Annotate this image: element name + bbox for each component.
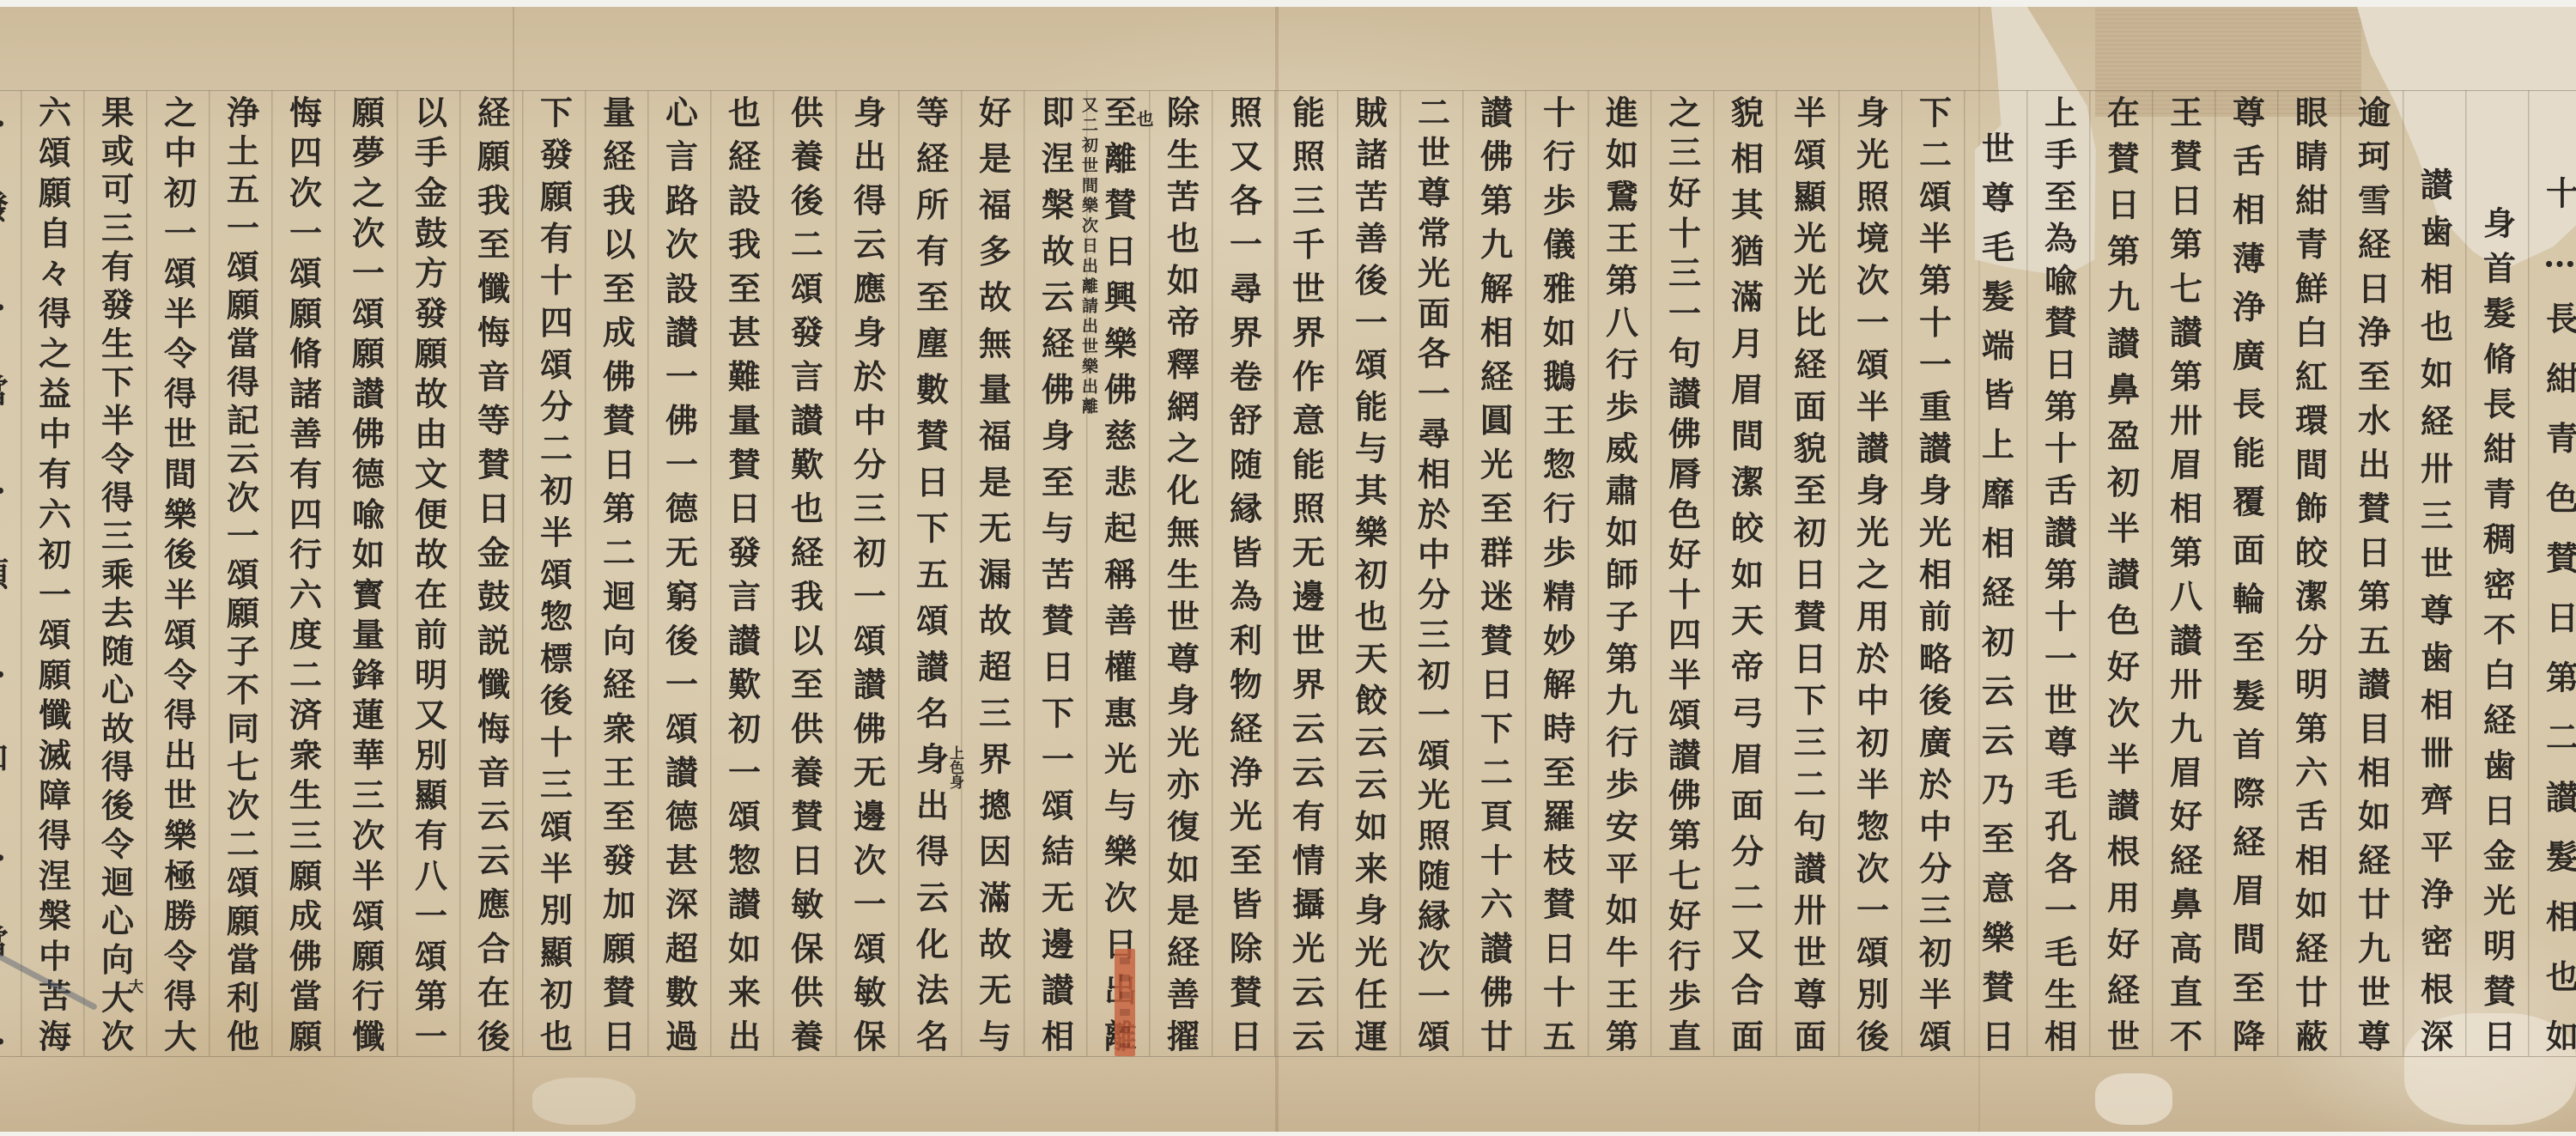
text-column-28: 身出得云應身於中分三初一頌讃佛无邊次一頌敏保 bbox=[836, 90, 899, 1052]
column-text: 身首髮脩長紺青稠密不白経歯日金光明賛日 bbox=[2466, 206, 2529, 1052]
column-text: 身出得云應身於中分三初一頌讃佛无邊次一頌敏保 bbox=[836, 95, 899, 1052]
column-text: 好是福多故無量福是无漏故超三界摠因滿故无与 bbox=[962, 95, 1024, 1052]
column-text: 能照三千世界作意能照无邊世界云云有情攝光云云 bbox=[1275, 95, 1338, 1052]
text-column-11: 下二頌半第十一重讃身光相前略後廣於中分三初半頌 bbox=[1902, 90, 1965, 1052]
text-column-16: 進如鵞王第八行歩威肅如師子第九行歩安平如牛王第 bbox=[1589, 90, 1651, 1052]
column-text: 之中初一頌半令得世間樂後半頌令得出世樂極勝令得大 bbox=[147, 95, 210, 1052]
column-text: 讃歯相也如経卅三世尊歯相卌齊平浄密根深 bbox=[2403, 167, 2466, 1052]
column-text: 以手金鼓方發願故由文便故在前明又別顯有八一頌第一 bbox=[398, 95, 460, 1052]
small-mark-ya: 也 bbox=[1132, 110, 1157, 127]
column-text: 下發願有十四頌分二初半頌惣標後十三頌半別顯初也 bbox=[523, 95, 586, 1052]
column-text: 照又各一尋界卷舒随縁皆為利物経浄光至皆除賛日 bbox=[1212, 95, 1275, 1052]
text-column-22: 照又各一尋界卷舒随縁皆為利物経浄光至皆除賛日 bbox=[1212, 90, 1275, 1052]
column-text: 悔四次一頌願脩諸善有四行六度二済衆生三願成佛當願 bbox=[272, 95, 335, 1052]
column-text: 世尊毛髮端皆上靡相経初云云乃至意樂賛日 bbox=[1965, 131, 2027, 1052]
text-column-19: 二世尊常光面各一尋相於中分三初一頌光照随縁次一頌 bbox=[1400, 90, 1463, 1052]
text-column-21: 能照三千世界作意能照无邊世界云云有情攝光云云 bbox=[1275, 90, 1338, 1052]
text-column-18: 讃佛第九解相経圓光至群迷賛日下二頁十六讃佛廿 bbox=[1463, 90, 1526, 1052]
column-text: 六頌願自々得之益中有六初一頌願懺滅障得涅槃中苦海 bbox=[21, 95, 84, 1052]
red-seal-stamp bbox=[1115, 949, 1135, 1056]
column-text: 逾珂雪経日浄至水出賛日第五讃目相如経廿九世尊 bbox=[2341, 95, 2403, 1052]
text-column-6: 尊舌相薄浄廣長能覆面輪至髮首際経眉間至降 bbox=[2215, 90, 2278, 1052]
column-text: 半頌顯光光比経面貌至初日賛日下三二句讃卅世尊面 bbox=[1777, 95, 1839, 1052]
text-column-3: 讃歯相也如経卅三世尊歯相卌齊平浄密根深 bbox=[2403, 90, 2466, 1052]
text-column-40: 果或可三有發生下半令得三乘去随心故得後令迴心向大次 bbox=[84, 90, 147, 1052]
paper-damage-spot bbox=[532, 1078, 635, 1125]
column-text: 浄土五一頌願當得記云次一頌願子不同七次二頌願當利他 bbox=[210, 95, 272, 1052]
column-text: 下二頌半第十一重讃身光相前略後廣於中分三初半頌 bbox=[1902, 95, 1965, 1052]
column-text: 之三好十三一句讃佛脣色好十四半頌讃佛第七好行歩直 bbox=[1651, 95, 1714, 1052]
column-text: 身光照境次一頌半讃身光之用於中初半惣次一頌別後 bbox=[1839, 95, 1902, 1052]
text-column-37: 悔四次一頌願脩諸善有四行六度二済衆生三願成佛當願 bbox=[272, 90, 335, 1052]
column-text: 量経我以至成佛賛日第二迴向経衆王至發加願賛日 bbox=[586, 95, 648, 1052]
text-column-17: 十行歩儀雅如鵝王惣行歩精妙解時至羅枝賛日十五 bbox=[1526, 90, 1589, 1052]
text-column-30: 也経設我至甚難量賛日發言讃歎初一頌惣讃如来出 bbox=[711, 90, 774, 1052]
text-columns: 十…長紺青色賛日第二讃髮相也如 身首髮脩長紺青稠密不白経歯日金光明賛日 讃歯相也… bbox=[0, 90, 2576, 1056]
column-text: 等経所有至塵數賛日下五頌讃名身出得云化法名 bbox=[899, 95, 962, 1052]
text-column-26: 好是福多故無量福是无漏故超三界摠因滿故无与 bbox=[962, 90, 1024, 1052]
column-text: 経願我至懺悔音等賛日金鼓説懺悔音云云應合在後 bbox=[460, 95, 523, 1052]
text-column-38: 浄土五一頌願當得記云次一頌願子不同七次二頌願當利他 bbox=[210, 90, 272, 1052]
side-note: 上色身 bbox=[946, 745, 963, 789]
column-text: 果或可三有發生下半令得三乘去随心故得後令迴心向大次 bbox=[84, 95, 147, 1052]
text-column-42: …發…當…頂…如…當… bbox=[0, 90, 21, 1052]
text-column-15: 之三好十三一句讃佛脣色好十四半頌讃佛第七好行歩直 bbox=[1651, 90, 1714, 1052]
text-column-14: 貌相其猶滿月眉間潔皎如天帝弓眉面分二又合面 bbox=[1714, 90, 1777, 1052]
column-text: 在賛日第九讃鼻盈初半讃色好次半讃根用好経世 bbox=[2090, 95, 2153, 1052]
text-column-32: 量経我以至成佛賛日第二迴向経衆王至發加願賛日 bbox=[586, 90, 648, 1052]
column-text: 十行歩儀雅如鵝王惣行歩精妙解時至羅枝賛日十五 bbox=[1526, 95, 1589, 1052]
text-column-35: 以手金鼓方發願故由文便故在前明又別顯有八一頌第一 bbox=[398, 90, 460, 1052]
column-text: 上手至為喩賛日第十舌讃第十一世尊毛孔各一毛生相 bbox=[2027, 95, 2090, 1052]
text-column-33: 下發願有十四頌分二初半頌惣標後十三頌半別顯初也 bbox=[523, 90, 586, 1052]
text-column-34: 経願我至懺悔音等賛日金鼓説懺悔音云云應合在後 bbox=[460, 90, 523, 1052]
text-column-20: 賊諸苦善後一頌能与其樂初也天餃云云如来身光任運 bbox=[1338, 90, 1400, 1052]
column-text: 十…長紺青色賛日第二讃髮相也如 bbox=[2529, 176, 2576, 1052]
column-text: 願夢之次一頌願讃佛德喩如寳量鋒蓮華三次半頌願行懺 bbox=[335, 95, 398, 1052]
text-column-12: 身光照境次一頌半讃身光之用於中初半惣次一頌別後 bbox=[1839, 90, 1902, 1052]
text-column-8: 在賛日第九讃鼻盈初半讃色好次半讃根用好経世 bbox=[2090, 90, 2153, 1052]
text-column-7: 王賛日第七讃第卅眉相第八讃卅九眉好経鼻高直不 bbox=[2153, 90, 2215, 1052]
text-column-4: 逾珂雪経日浄至水出賛日第五讃目相如経廿九世尊 bbox=[2341, 90, 2403, 1052]
column-text: 眼睛紺青鮮白紅環間飾皎潔分明第六舌相如経廿蔽 bbox=[2278, 95, 2341, 1052]
text-column-2: 身首髮脩長紺青稠密不白経歯日金光明賛日 bbox=[2466, 90, 2529, 1052]
bottom-ruling-line bbox=[0, 1056, 2576, 1057]
column-text: 也経設我至甚難量賛日發言讃歎初一頌惣讃如来出 bbox=[711, 95, 774, 1052]
interlinear-note: 又二初世間樂次日出離請出世樂出離 bbox=[1079, 96, 1098, 414]
text-column-31: 心言路次設讃一佛一德无窮後一頌讃德甚深超數過 bbox=[648, 90, 711, 1052]
text-column-23: 除生苦也如帝釋網之化無生世尊身光亦復如是経善擢 bbox=[1150, 90, 1212, 1052]
column-text: 貌相其猶滿月眉間潔皎如天帝弓眉面分二又合面 bbox=[1714, 95, 1777, 1052]
text-column-41: 六頌願自々得之益中有六初一頌願懺滅障得涅槃中苦海 bbox=[21, 90, 84, 1052]
text-column-25: 即涅槃故云経佛身至与苦賛日下一頌結无邊讃相 bbox=[1024, 90, 1087, 1052]
column-text: 進如鵞王第八行歩威肅如師子第九行歩安平如牛王第 bbox=[1589, 95, 1651, 1052]
column-text: 心言路次設讃一佛一德无窮後一頌讃德甚深超數過 bbox=[648, 95, 711, 1052]
text-column-29: 供養後二頌發言讃歎也経我以至供養賛日敏保供養 bbox=[774, 90, 836, 1052]
paper-damage-spot bbox=[2095, 1073, 2172, 1125]
margin-mark: 大 bbox=[125, 979, 143, 993]
text-column-10: 世尊毛髮端皆上靡相経初云云乃至意樂賛日 bbox=[1965, 90, 2027, 1052]
text-column-27: 等経所有至塵數賛日下五頌讃名身出得云化法名 bbox=[899, 90, 962, 1052]
text-column-9: 上手至為喩賛日第十舌讃第十一世尊毛孔各一毛生相 bbox=[2027, 90, 2090, 1052]
text-column-1: 十…長紺青色賛日第二讃髮相也如 bbox=[2529, 90, 2576, 1052]
column-text: 尊舌相薄浄廣長能覆面輪至髮首際経眉間至降 bbox=[2215, 95, 2278, 1052]
text-column-13: 半頌顯光光比経面貌至初日賛日下三二句讃卅世尊面 bbox=[1777, 90, 1839, 1052]
column-text: 二世尊常光面各一尋相於中分三初一頌光照随縁次一頌 bbox=[1400, 95, 1463, 1052]
text-column-5: 眼睛紺青鮮白紅環間飾皎潔分明第六舌相如経廿蔽 bbox=[2278, 90, 2341, 1052]
column-text: 即涅槃故云経佛身至与苦賛日下一頌結无邊讃相 bbox=[1024, 95, 1087, 1052]
text-column-39: 之中初一頌半令得世間樂後半頌令得出世樂極勝令得大 bbox=[147, 90, 210, 1052]
column-text: 供養後二頌發言讃歎也経我以至供養賛日敏保供養 bbox=[774, 95, 836, 1052]
column-text: 賊諸苦善後一頌能与其樂初也天餃云云如来身光任運 bbox=[1338, 95, 1400, 1052]
column-text: …發…當…頂…如…當… bbox=[0, 95, 21, 1052]
column-text: 讃佛第九解相経圓光至群迷賛日下二頁十六讃佛廿 bbox=[1463, 95, 1526, 1052]
column-text: 王賛日第七讃第卅眉相第八讃卅九眉好経鼻高直不 bbox=[2153, 95, 2215, 1052]
column-text: 除生苦也如帝釋網之化無生世尊身光亦復如是経善擢 bbox=[1150, 95, 1212, 1052]
text-column-36: 願夢之次一頌願讃佛德喩如寳量鋒蓮華三次半頌願行懺 bbox=[335, 90, 398, 1052]
